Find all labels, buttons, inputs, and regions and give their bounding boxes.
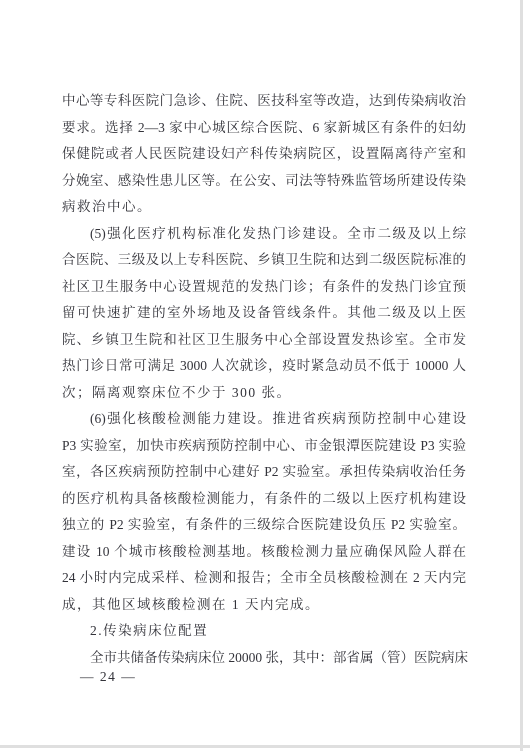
text-line: 要求。选择 2—3 家中心城区综合医院、6 家新城区有条件的妇幼 [62,115,466,142]
text-line: 合医院、三级及以上专科医院、乡镇卫生院和达到二级医院标准的 [62,247,466,274]
text-line: 社区卫生服务中心设置规范的发热门诊；有条件的发热门诊宜预 [62,274,466,301]
text-line: 分娩室、感染性患儿区等。在公安、司法等特殊监管场所建设传染 [62,168,466,195]
text-line: 的医疗机构具备核酸检测能力，有条件的二级以上医疗机构建设 [62,486,466,513]
document-body: 中心等专科医院门急诊、住院、医技科室等改造，达到传染病收治要求。选择 2—3 家… [62,88,466,671]
text-line: 独立的 P2 实验室，有条件的三级综合医院建设负压 P2 实验室。 [62,512,466,539]
text-line: 成，其他区域核酸检测在 1 天内完成。 [62,592,466,619]
page-edge-bottom [0,745,530,748]
text-line: 院、乡镇卫生院和社区卫生服务中心全部设置发热诊室。全市发 [62,327,466,354]
text-line: 24 小时内完成采样、检测和报告；全市全员核酸检测在 2 天内完 [62,565,466,592]
document-page: 中心等专科医院门急诊、住院、医技科室等改造，达到传染病收治要求。选择 2—3 家… [0,0,530,751]
text-line: P3 实验室，加快市疾病预防控制中心、市金银潭医院建设 P3 实验 [62,433,466,460]
text-line: 热门诊日常可满足 3000 人次就诊，疫时紧急动员不低于 10000 人 [62,353,466,380]
text-line: 室，各区疾病预防控制中心建好 P2 实验室。承担传染病收治任务 [62,459,466,486]
text-line: (6)强化核酸检测能力建设。推进省疾病预防控制中心建设 [62,406,466,433]
text-line: 建设 10 个城市核酸检测基地。核酸检测力量应确保风险人群在 [62,539,466,566]
text-line: 次；隔离观察床位不少于 300 张。 [62,380,466,407]
page-edge-right [520,0,523,751]
text-line: 保健院或者人民医院建设妇产科传染病院区，设置隔离待产室和 [62,141,466,168]
text-line: (5)强化医疗机构标准化发热门诊建设。全市二级及以上综 [62,221,466,248]
text-line: 留可快速扩建的室外场地及设备管线条件。其他二级及以上医 [62,300,466,327]
page-number: — 24 — [80,667,136,687]
text-line: 病救治中心。 [62,194,466,221]
text-line: 2.传染病床位配置 [62,618,466,645]
text-line: 中心等专科医院门急诊、住院、医技科室等改造，达到传染病收治 [62,88,466,115]
